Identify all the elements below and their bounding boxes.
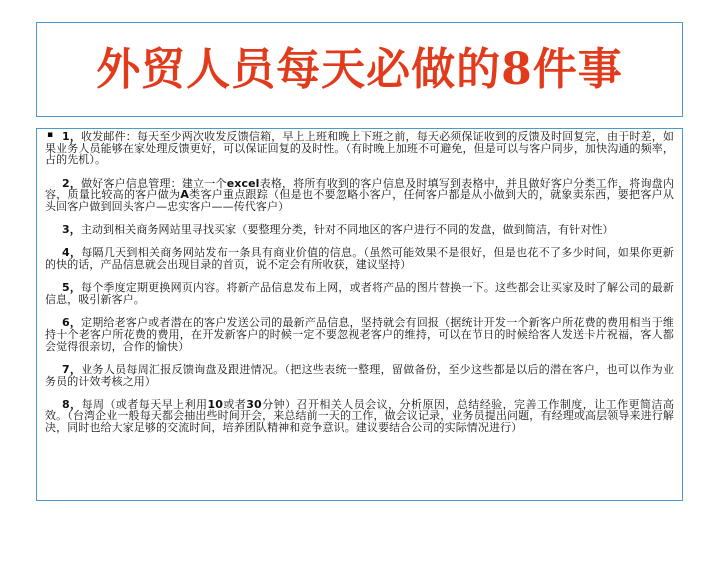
body-paragraph: 8，每周（或者每天早上利用10或者30分钟）召开相关人员会议，分析原因，总结经验… (45, 399, 674, 434)
body-paragraph: 2，做好客户信息管理：建立一个excel表格，将所有收到的客户信息及时填写到表格… (45, 178, 674, 213)
paragraph-segment: 每个季度定期更换网页内容。将新产品信息发布上网，或者将产品的图片替换一下。这些都… (45, 281, 674, 306)
paragraph-segment: 主动到相关商务网站里寻找买家（要整理分类，针对不同地区的客户进行不同的发盘，做到… (81, 223, 614, 236)
body-paragraph: 7，业务人员每周汇报反馈询盘及跟进情况。（把这些表统一整理，留做备份，至少这些都… (45, 364, 674, 387)
paragraph-segment: 3， (62, 223, 81, 236)
slide-canvas: 外贸人员每天必做的8件事 ▪ 1，收发邮件：每天至少两次收发反馈信箱，早上上班和… (0, 0, 720, 562)
body-paragraph: 6，定期给老客户或者潜在的客户发送公司的最新产品信息，坚持就会有回报（据统计开发… (45, 317, 674, 352)
paragraph-segment: 业务人员每周汇报反馈询盘及跟进情况。（把这些表统一整理，留做备份，至少这些都是以… (45, 363, 674, 388)
paragraph-segment: 收发邮件：每天至少两次收发反馈信箱，早上上班和晚上下班之前，每天必须保证收到的反… (45, 130, 674, 166)
body-paragraphs: 1，收发邮件：每天至少两次收发反馈信箱，早上上班和晚上下班之前，每天必须保证收到… (37, 129, 682, 500)
body-text-box: ▪ 1，收发邮件：每天至少两次收发反馈信箱，早上上班和晚上下班之前，每天必须保证… (36, 128, 683, 501)
body-paragraph: 1，收发邮件：每天至少两次收发反馈信箱，早上上班和晚上下班之前，每天必须保证收到… (45, 131, 674, 166)
paragraph-segment: 每隔几天到相关商务网站发布一条具有商业价值的信息。（虽然可能效果不是很好，但是也… (45, 246, 674, 271)
paragraph-segment: 定期给老客户或者潜在的客户发送公司的最新产品信息，坚持就会有回报（据统计开发一个… (45, 316, 674, 352)
body-paragraph: 4，每隔几天到相关商务网站发布一条具有商业价值的信息。（虽然可能效果不是很好，但… (45, 247, 674, 270)
body-paragraph: 3，主动到相关商务网站里寻找买家（要整理分类，针对不同地区的客户进行不同的发盘，… (45, 224, 674, 236)
title-box: 外贸人员每天必做的8件事 (36, 22, 683, 117)
body-paragraph: 5，每个季度定期更换网页内容。将新产品信息发布上网，或者将产品的图片替换一下。这… (45, 282, 674, 305)
slide-title: 外贸人员每天必做的8件事 (96, 48, 623, 92)
